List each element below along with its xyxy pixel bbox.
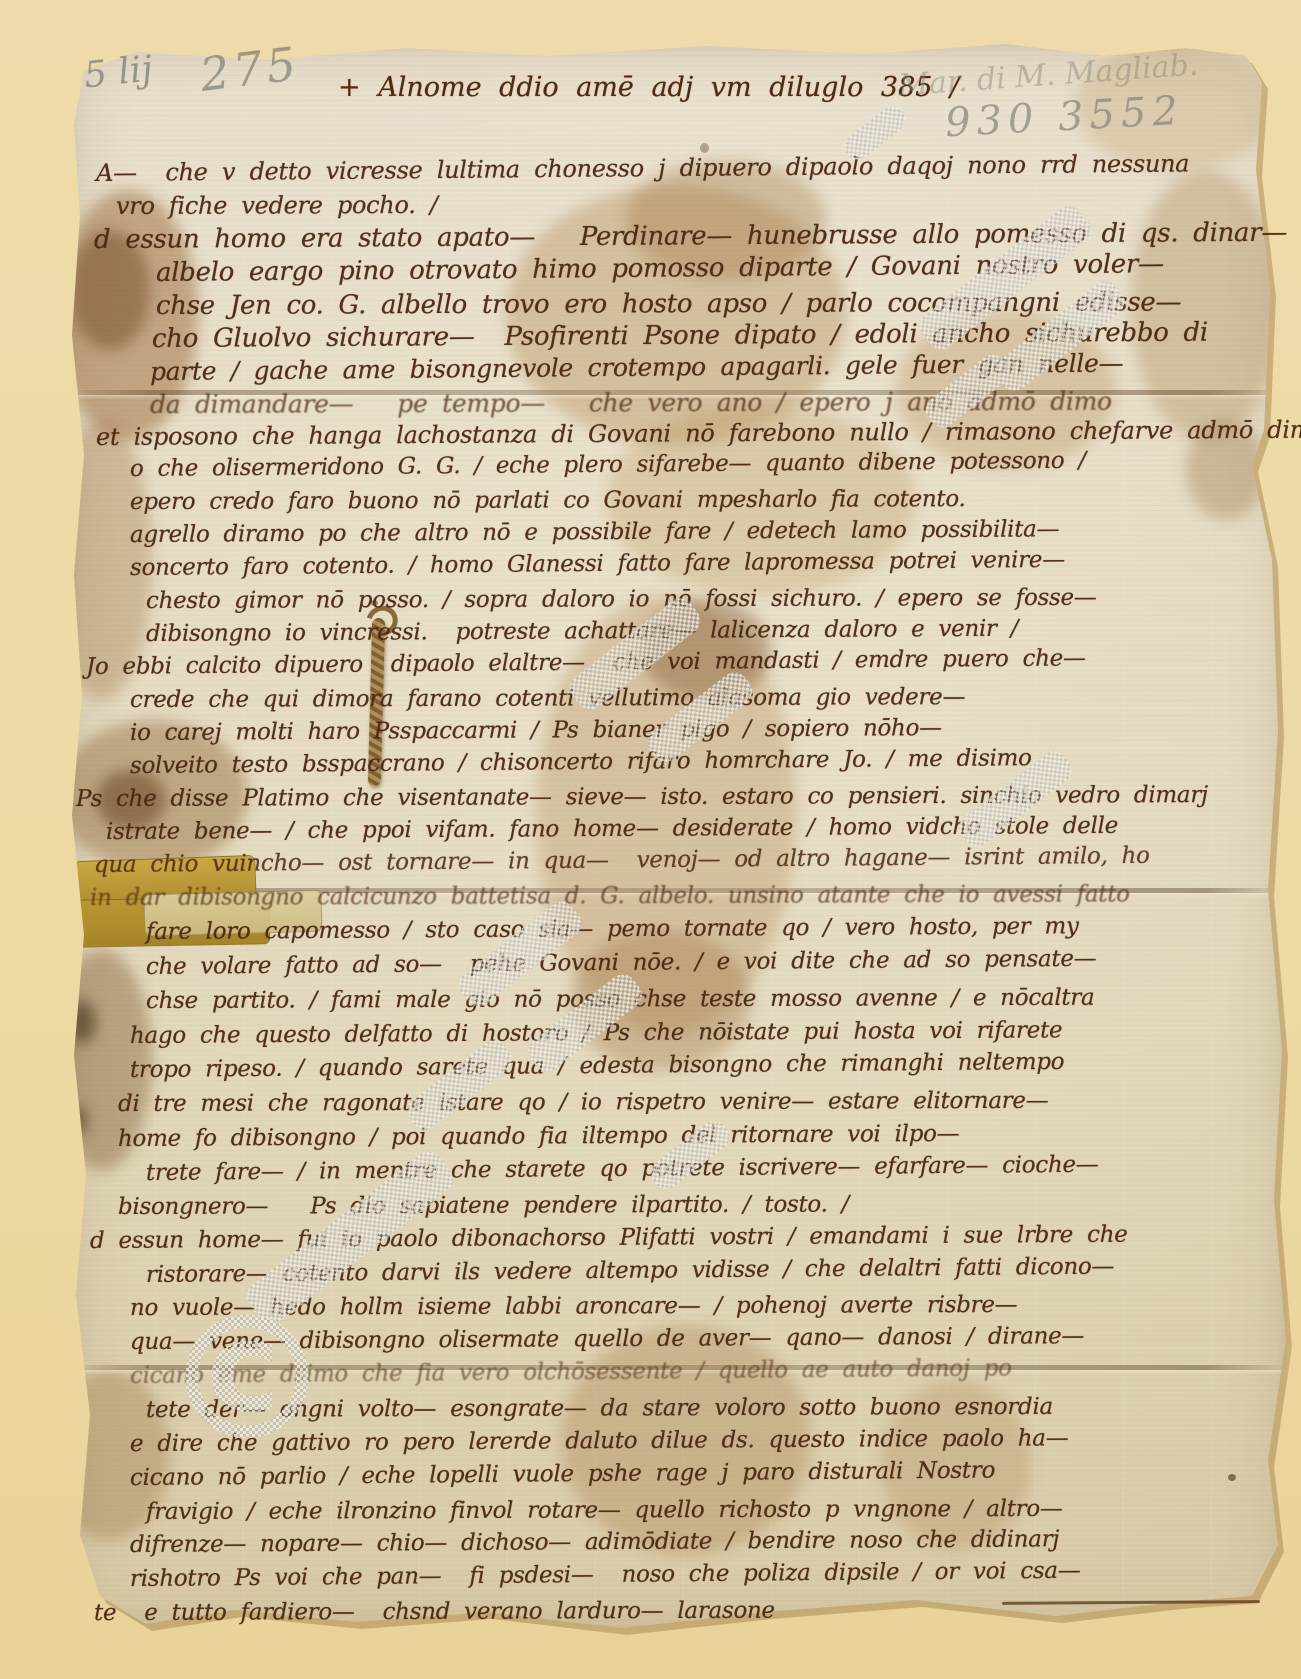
manuscript-line: da dimandare— pe tempo— che vero ano / e… [150, 387, 1112, 419]
scanned-letter-page: A— che v detto vicresse lultima chonesso… [0, 0, 1301, 1679]
manuscript-line: di tre mesi che ragonate istare qo / io … [118, 1088, 1049, 1117]
manuscript-line: crede che qui dimora farano cotenti vell… [130, 684, 965, 713]
manuscript-line: epero credo faro buono nō parlati co Gov… [130, 486, 966, 515]
manuscript-line: dibisongno io vincressi. potreste achatt… [146, 616, 1018, 647]
manuscript-line: chesto gimor nō posso. / sopra daloro io… [146, 585, 1097, 614]
stain-blob [64, 1105, 88, 1135]
ink-speck [371, 600, 378, 606]
manuscript-line: no vuole— hedo hollm isieme labbi aronca… [130, 1292, 1017, 1321]
header-invocation: + Alnome ddio amē adj vm diluglo 385 / [338, 72, 959, 103]
manuscript-line: bisongnero— Ps dio sapiatene pendere ilp… [118, 1191, 849, 1220]
stain-blob [66, 1000, 96, 1044]
manuscript-line: vro fiche vedere pocho. / [116, 191, 438, 220]
manuscript-line: te e tutto fardiero— chsnd verano lardur… [94, 1598, 775, 1626]
manuscript-line: chse partito. / fami male gio nō posso c… [146, 985, 1095, 1014]
manuscript-line: tete der— ongni volto— esongrate— da sta… [146, 1394, 1053, 1423]
manuscript-line: chse Jen co. G. albello trovo ero hosto … [156, 287, 1181, 321]
manuscript-line: Ps che disse Platimo che visentanate— si… [76, 782, 1208, 812]
manuscript-line: io carej molti haro Psspaccarmi / Ps bia… [130, 715, 942, 746]
pencil-corner-mark: 5 lij [82, 49, 154, 97]
ink-speck [1228, 1474, 1236, 1481]
manuscript-line: in dar dibisongno calcicunzo battetisa d… [90, 881, 1130, 911]
ink-speck [700, 143, 709, 153]
manuscript-line: fravigio / eche ilronzino finvol rotare—… [146, 1496, 1063, 1525]
manuscript-line: home fo dibisongno / poi quando fia ilte… [118, 1121, 959, 1152]
